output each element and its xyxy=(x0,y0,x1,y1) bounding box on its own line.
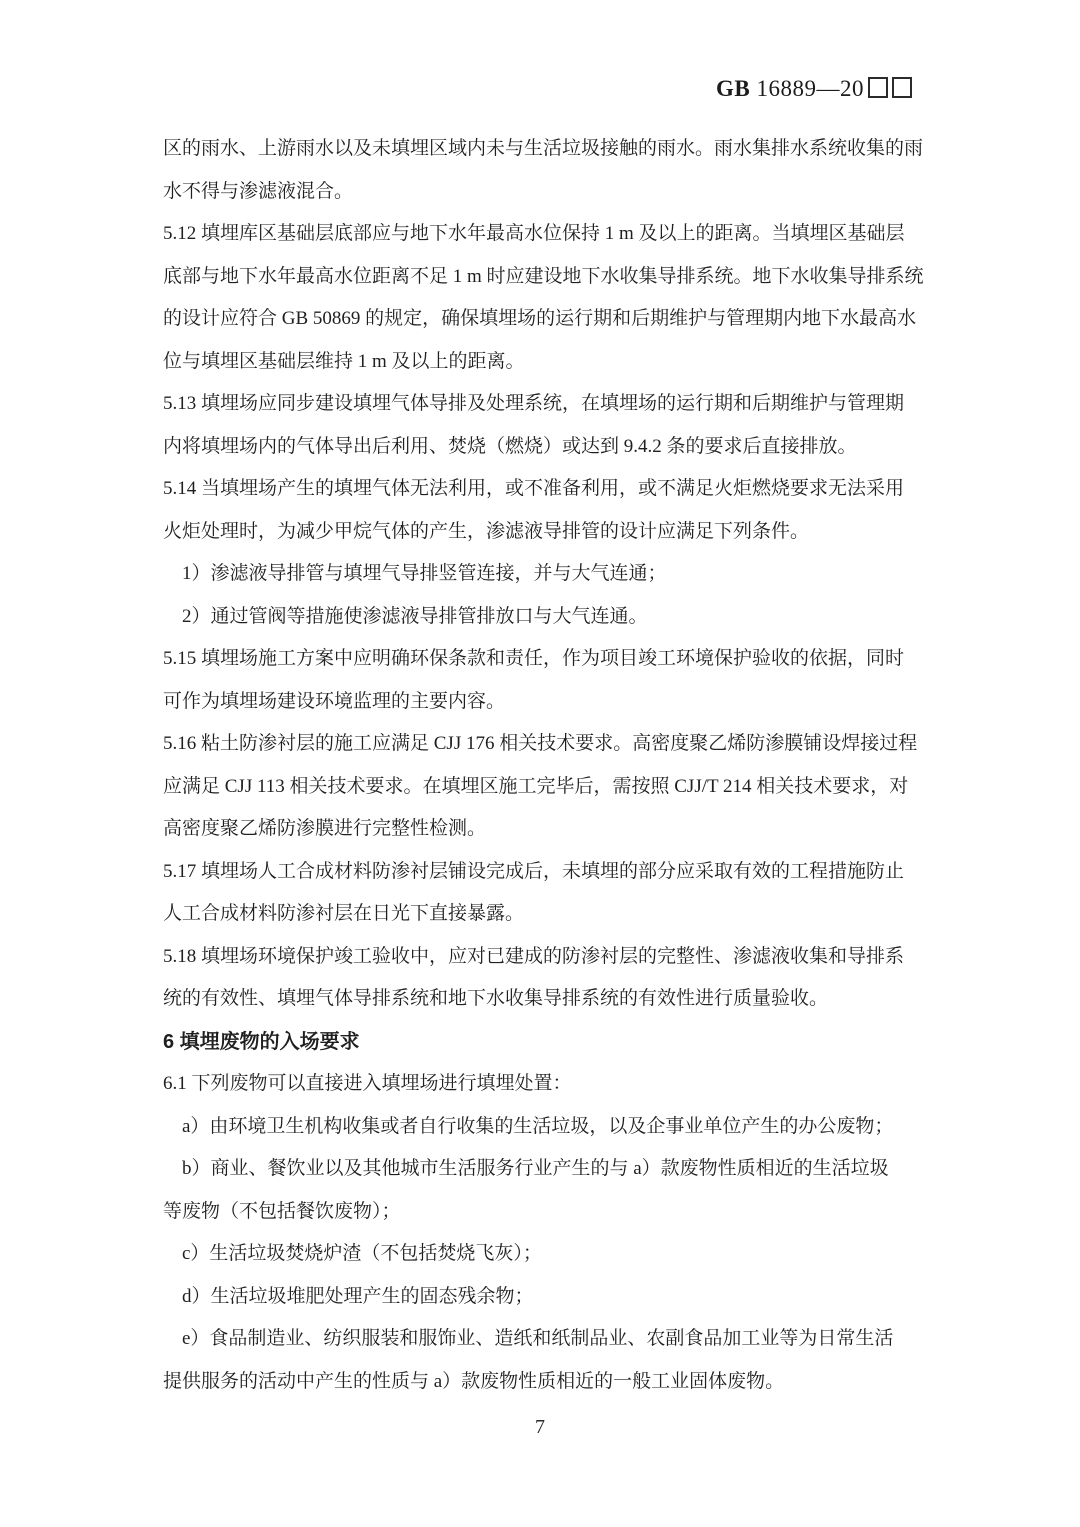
document-body: 区的雨水、上游雨水以及未填埋区域内未与生活垃圾接触的雨水。雨水集排水系统收集的雨… xyxy=(163,128,928,1403)
clause-6-1: 6.1 下列废物可以直接进入填埋场进行填埋处置： xyxy=(163,1063,928,1106)
page-number: 7 xyxy=(0,1416,1080,1439)
clause-5-13: 5.13 填埋场应同步建设填埋气体导排及处理系统，在填埋场的运行期和后期维护与管… xyxy=(163,383,928,468)
clause-6-1-item-d: d）生活垃圾堆肥处理产生的固态残余物； xyxy=(163,1276,928,1319)
paragraph-continued: 区的雨水、上游雨水以及未填埋区域内未与生活垃圾接触的雨水。雨水集排水系统收集的雨… xyxy=(163,128,928,213)
clause-5-14-item-1: 1）渗滤液导排管与填埋气导排竖管连接，并与大气连通； xyxy=(163,553,928,596)
clause-5-14: 5.14 当填埋场产生的填埋气体无法利用，或不准备利用，或不满足火炬燃烧要求无法… xyxy=(163,468,928,553)
clause-6-1-item-c: c）生活垃圾焚烧炉渣（不包括焚烧飞灰）； xyxy=(163,1233,928,1276)
year-placeholder-box xyxy=(868,77,888,98)
standard-number: 16889—20 xyxy=(750,76,864,101)
clause-5-17: 5.17 填埋场人工合成材料防渗衬层铺设完成后，未填埋的部分应采取有效的工程措施… xyxy=(163,851,928,936)
clause-5-15: 5.15 填埋场施工方案中应明确环保条款和责任，作为项目竣工环境保护验收的依据，… xyxy=(163,638,928,723)
document-page: GB 16889—20 区的雨水、上游雨水以及未填埋区域内未与生活垃圾接触的雨水… xyxy=(0,0,1080,1527)
clause-5-12: 5.12 填埋库区基础层底部应与地下水年最高水位保持 1 m 及以上的距离。当填… xyxy=(163,213,928,383)
standard-prefix: GB xyxy=(716,76,750,101)
year-placeholder-box xyxy=(892,77,912,98)
clause-6-1-item-b: b）商业、餐饮业以及其他城市生活服务行业产生的与 a）款废物性质相近的生活垃圾 … xyxy=(163,1148,928,1233)
standard-code-header: GB 16889—20 xyxy=(716,76,912,102)
clause-6-1-item-a: a）由环境卫生机构收集或者自行收集的生活垃圾，以及企事业单位产生的办公废物； xyxy=(163,1106,928,1149)
clause-5-14-item-2: 2）通过管阀等措施使渗滤液导排管排放口与大气连通。 xyxy=(163,596,928,639)
section-6-heading: 6 填埋废物的入场要求 xyxy=(163,1021,928,1064)
clause-5-18: 5.18 填埋场环境保护竣工验收中，应对已建成的防渗衬层的完整性、渗滤液收集和导… xyxy=(163,936,928,1021)
clause-5-16: 5.16 粘土防渗衬层的施工应满足 CJJ 176 相关技术要求。高密度聚乙烯防… xyxy=(163,723,928,851)
clause-6-1-item-e: e）食品制造业、纺织服装和服饰业、造纸和纸制品业、农副食品加工业等为日常生活 提… xyxy=(163,1318,928,1403)
